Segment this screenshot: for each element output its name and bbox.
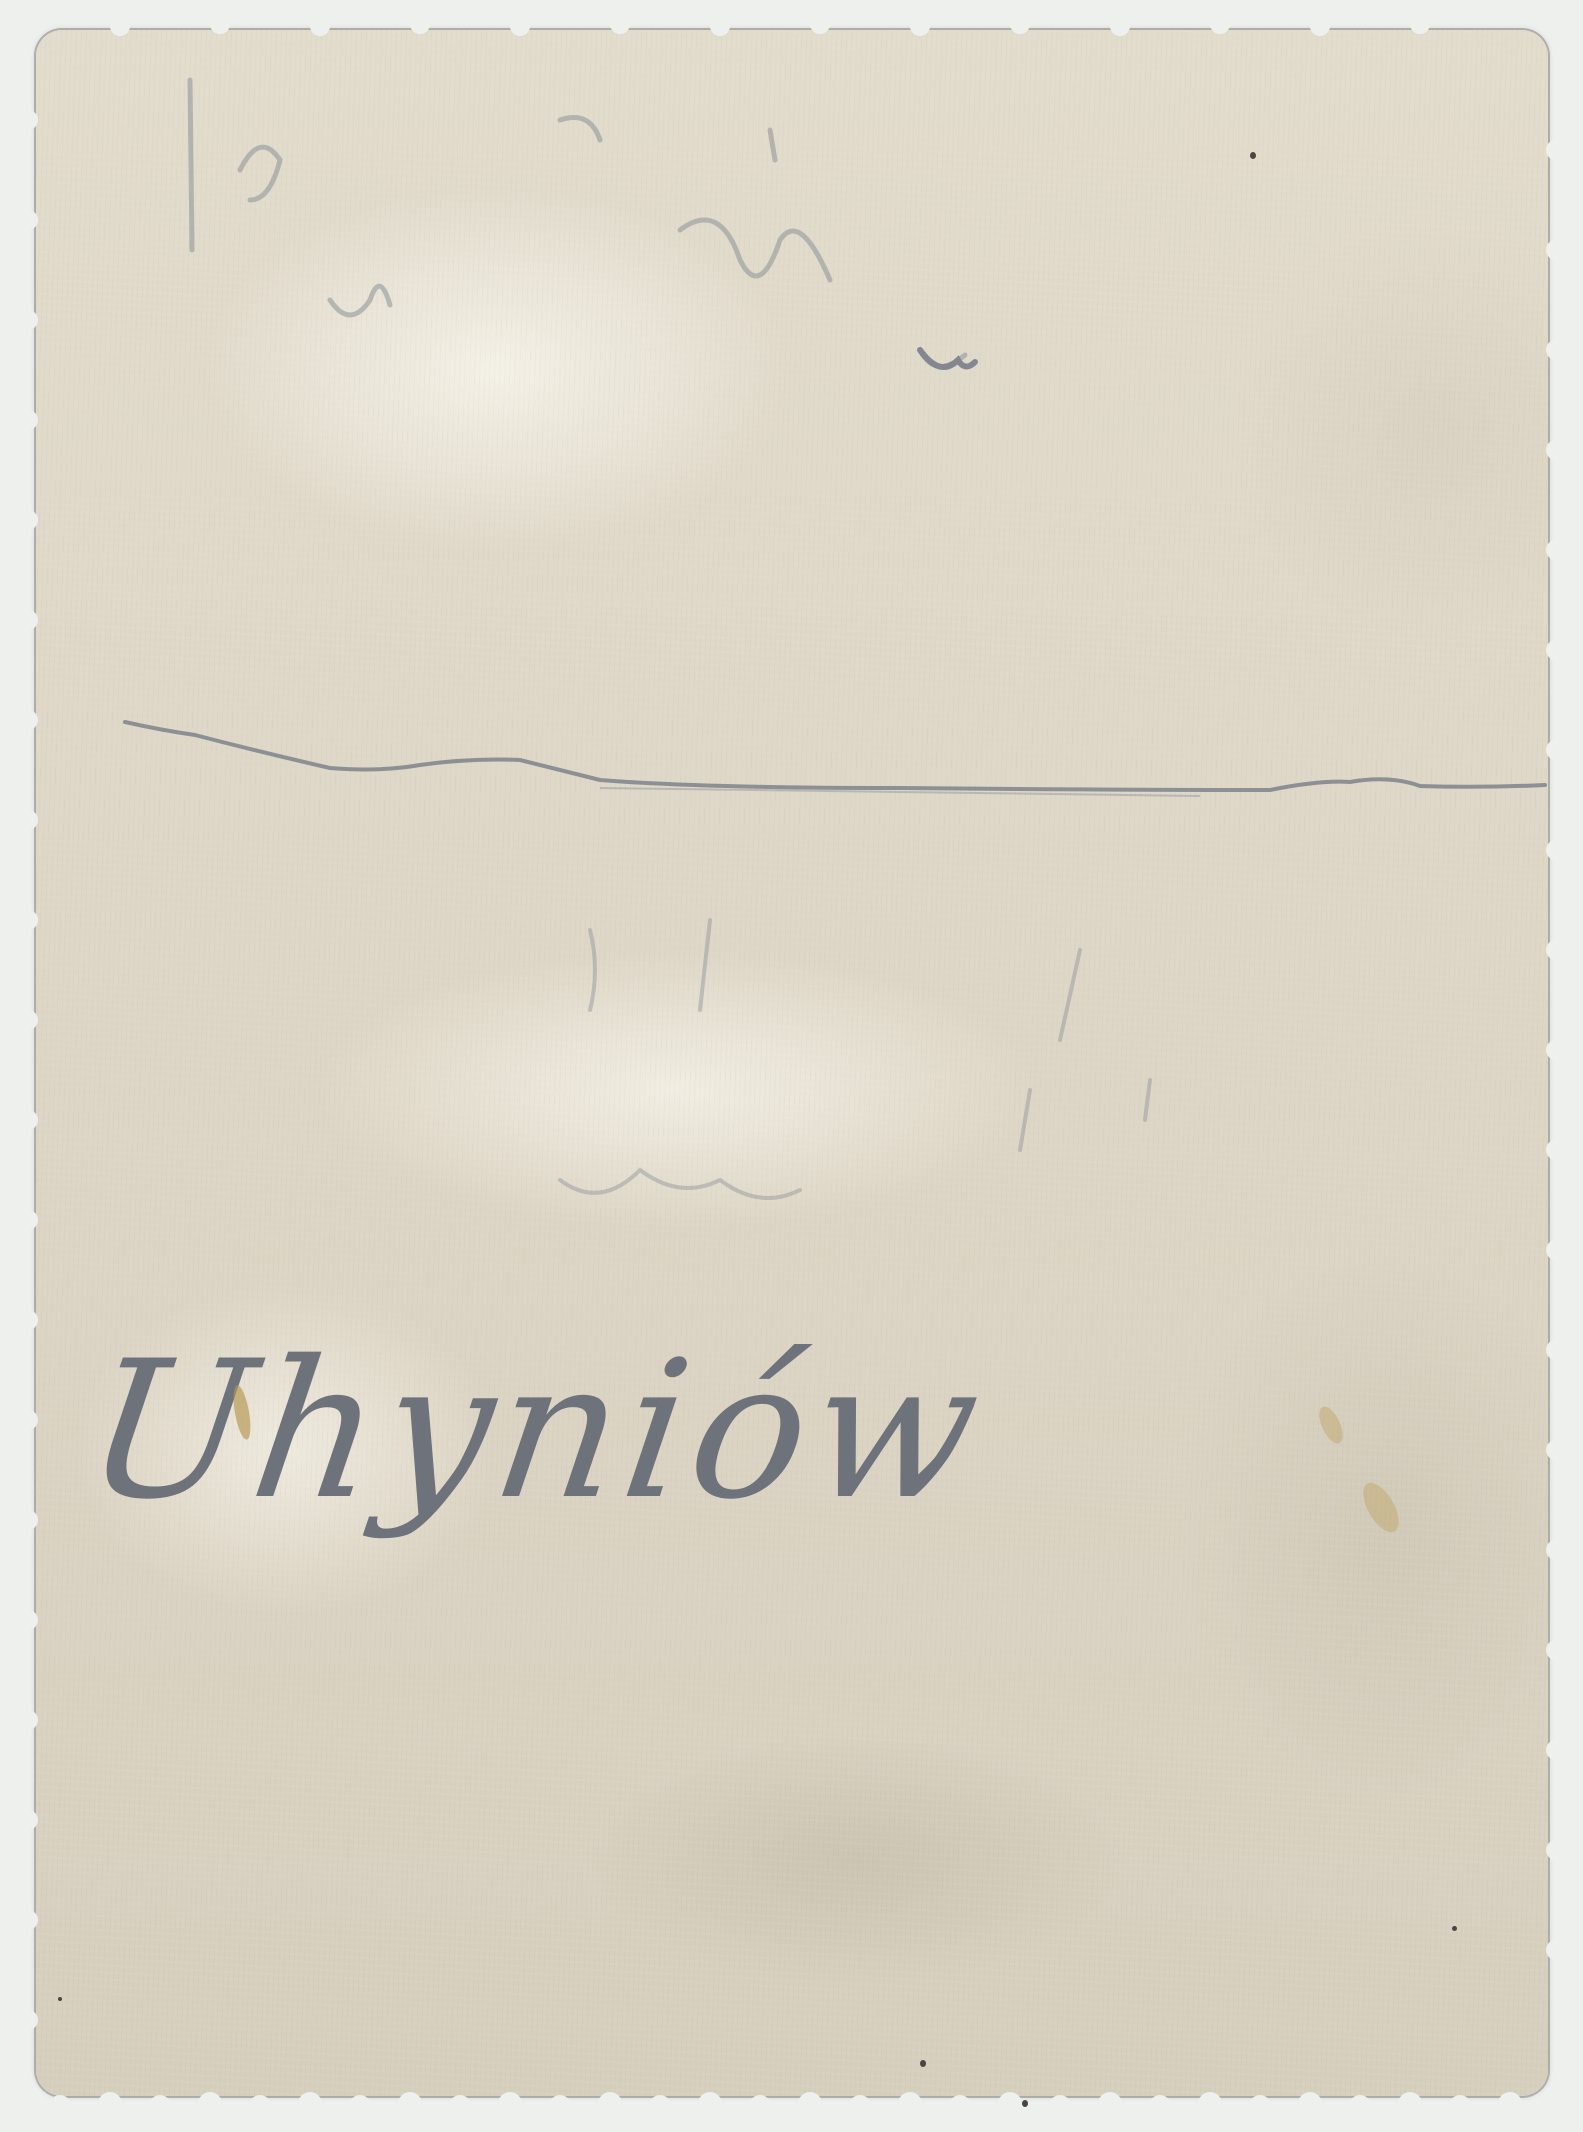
speck	[1022, 2100, 1028, 2107]
pencil-marks	[0, 0, 1583, 2132]
speck	[58, 1997, 62, 2001]
divider-line	[125, 722, 1545, 790]
place-name-inscription: Uhyniów	[74, 1320, 997, 1541]
speck	[1452, 1926, 1457, 1931]
scan-background: Uhyniów	[0, 0, 1583, 2132]
speck	[1250, 152, 1256, 159]
speck	[920, 2060, 926, 2067]
